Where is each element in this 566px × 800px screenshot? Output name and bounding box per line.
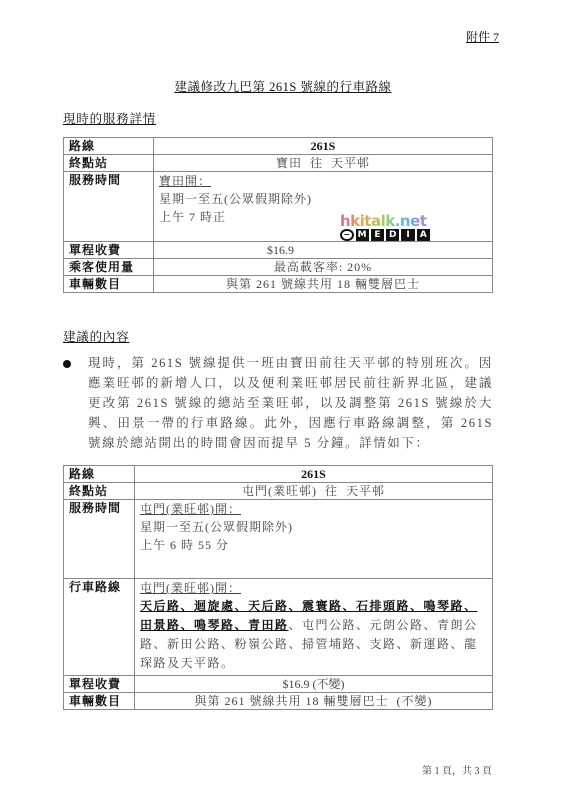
row-label: 乘客使用量 (64, 259, 154, 276)
service-hours-cell: 寶田開： 星期一至五(公眾假期除外) 上午 7 時正 (154, 172, 493, 242)
media-letter: A (417, 229, 430, 241)
row-label: 行車路線 (64, 579, 135, 676)
service-hours-cell: 屯門(業旺邨)開： 星期一至五(公眾假期除外) 上午 6 時 55 分 (135, 500, 493, 579)
table-row: 乘客使用量 最高載客率: 20% (64, 259, 493, 276)
table-row: 服務時間 屯門(業旺邨)開： 星期一至五(公眾假期除外) 上午 6 時 55 分 (64, 500, 493, 579)
service-days: 星期一至五(公眾假期除外) (140, 518, 487, 536)
fare-value: $16.9 (154, 242, 493, 259)
watermark-logo: hkitalk.net − M E D I A (340, 214, 430, 241)
table-row: 車輛數目 與第 261 號線共用 18 輛雙層巴士 (不變) (64, 693, 493, 710)
table-row: 終點站 屯門(業旺邨) 往 天平邨 (64, 483, 493, 500)
media-letter: E (371, 229, 384, 241)
fleet-value: 與第 261 號線共用 18 輛雙層巴士 (不變) (135, 693, 493, 710)
row-label: 終點站 (64, 155, 154, 172)
table-row: 單程收費 $16.9 (不變) (64, 676, 493, 693)
fare-value: $16.9 (不變) (135, 676, 493, 693)
media-letter: D (386, 229, 399, 241)
row-label: 服務時間 (64, 500, 135, 579)
table-row: 終點站 寶田 往 天平邨 (64, 155, 493, 172)
table-row: 車輛數目 與第 261 號線共用 18 輛雙層巴士 (64, 276, 493, 293)
route-number: 261S (154, 138, 493, 155)
row-label: 終點站 (64, 483, 135, 500)
section-heading-proposal: 建議的內容 (63, 327, 130, 345)
proposed-service-table: 路線 261S 終點站 屯門(業旺邨) 往 天平邨 服務時間 屯門(業旺邨)開：… (63, 465, 493, 710)
annex-label: 附件 7 (466, 28, 499, 45)
route-number: 261S (135, 466, 493, 483)
terminus-value: 屯門(業旺邨) 往 天平邨 (135, 483, 493, 500)
media-letter: I (401, 229, 414, 241)
routing-cell: 屯門(業旺邨)開： 天后路、迴旋處、天后路、震寰路、石排頭路、鳴琴路、田景路、鳴… (135, 579, 493, 676)
terminus-value: 寶田 往 天平邨 (154, 155, 493, 172)
departure-time: 上午 6 時 55 分 (140, 536, 487, 554)
departure-time: 上午 7 時正 (159, 208, 487, 226)
document-title: 建議修改九巴第 261S 號線的行車路線 (0, 77, 566, 95)
row-label: 服務時間 (64, 172, 154, 242)
routing-origin: 屯門(業旺邨)開： (140, 579, 487, 597)
bullet-icon (63, 360, 71, 368)
watermark-media: − M E D I A (340, 229, 430, 241)
departure-origin: 屯門(業旺邨)開： (140, 500, 487, 518)
watermark-text: hkitalk.net (340, 214, 430, 228)
table-row: 路線 261S (64, 466, 493, 483)
row-label: 單程收費 (64, 242, 154, 259)
row-label: 車輛數目 (64, 276, 154, 293)
departure-origin: 寶田開： (159, 172, 487, 190)
page-number: 第 1 頁，共 3 頁 (422, 762, 492, 777)
media-circle-icon: − (340, 229, 354, 241)
row-label: 單程收費 (64, 676, 135, 693)
occupancy-value: 最高載客率: 20% (154, 259, 493, 276)
fleet-value: 與第 261 號線共用 18 輛雙層巴士 (154, 276, 493, 293)
row-label: 路線 (64, 138, 154, 155)
service-days: 星期一至五(公眾假期除外) (159, 190, 487, 208)
row-label: 路線 (64, 466, 135, 483)
row-label: 車輛數目 (64, 693, 135, 710)
section-heading-current: 現時的服務詳情 (63, 109, 156, 127)
table-row: 單程收費 $16.9 (64, 242, 493, 259)
proposal-paragraph: 現時，第 261S 號線提供一班由寶田前往天平邨的特別班次。因應業旺邨的新增人口… (88, 353, 493, 453)
media-letter: M (356, 229, 369, 241)
table-row: 行車路線 屯門(業旺邨)開： 天后路、迴旋處、天后路、震寰路、石排頭路、鳴琴路、… (64, 579, 493, 676)
table-row: 路線 261S (64, 138, 493, 155)
